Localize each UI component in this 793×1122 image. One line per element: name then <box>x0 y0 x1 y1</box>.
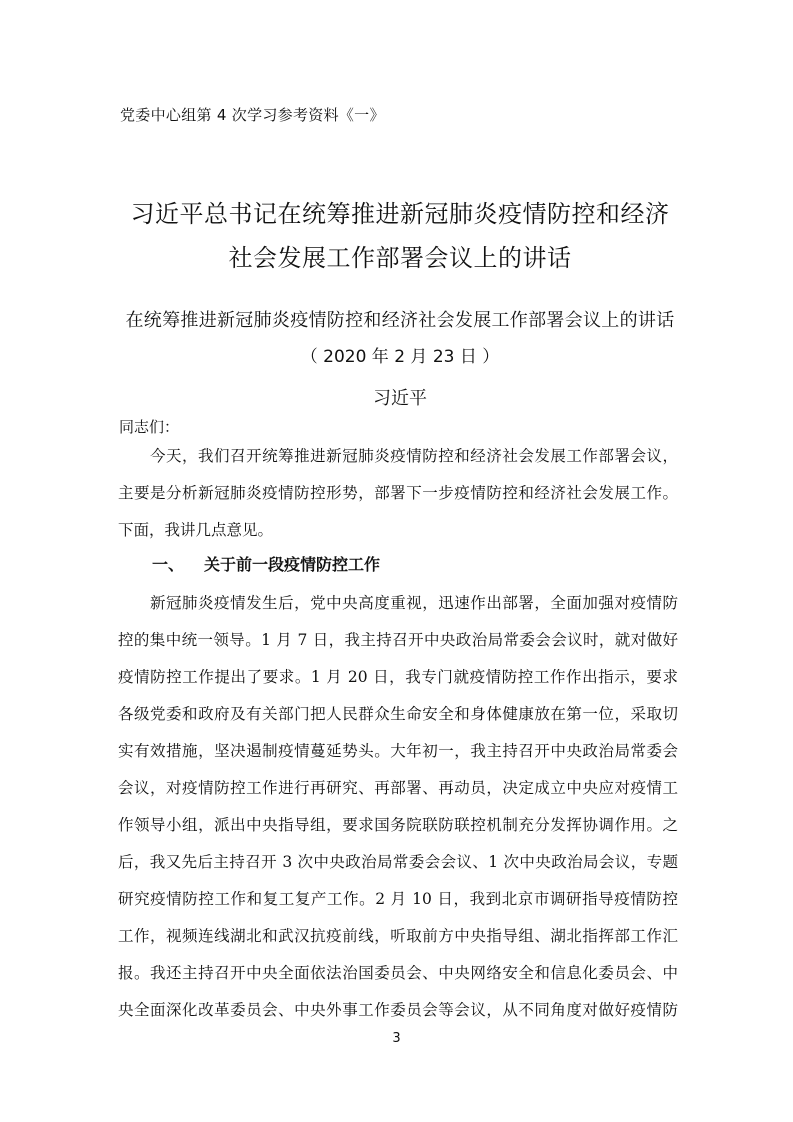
header-note: 党委中心组第 4 次学习参考资料《一》 <box>120 104 385 125</box>
intro-paragraph: 今天，我们召开统筹推进新冠肺炎疫情防控和经济社会发展工作部署会议， 主要是分析新… <box>118 438 678 549</box>
main-title-line-1: 习近平总书记在统筹推进新冠肺炎疫情防控和经济 <box>110 192 690 236</box>
paragraph-line: 下面，我讲几点意见。 <box>118 512 678 549</box>
salutation: 同志们： <box>119 416 179 437</box>
paragraph-line: 疫情防控工作提出了要求。1 月 20 日，我专门就疫情防控工作作出指示，要求 <box>118 659 678 696</box>
subtitle: 在统筹推进新冠肺炎疫情防控和经济社会发展工作部署会议上的讲话 <box>100 306 700 332</box>
paragraph-line: 主要是分析新冠肺炎疫情防控形势，部署下一步疫情防控和经济社会发展工作。 <box>118 475 678 512</box>
paragraph-line: 后，我又先后主持召开 3 次中央政治局常委会会议、1 次中央政治局会议，专题 <box>118 844 678 881</box>
paragraph-line: 新冠肺炎疫情发生后，党中央高度重视，迅速作出部署，全面加强对疫情防 <box>118 585 678 622</box>
paragraph-line: 会议，对疫情防控工作进行再研究、再部署、再动员，决定成立中央应对疫情工 <box>118 770 678 807</box>
document-page: 党委中心组第 4 次学习参考资料《一》 习近平总书记在统筹推进新冠肺炎疫情防控和… <box>0 0 793 1122</box>
paragraph-line: 报。我还主持召开中央全面依法治国委员会、中央网络安全和信息化委员会、中 <box>118 955 678 992</box>
main-title-line-2: 社会发展工作部署会议上的讲话 <box>110 236 690 280</box>
paragraph-line: 研究疫情防控工作和复工复产工作。2 月 10 日，我到北京市调研指导疫情防控 <box>118 881 678 918</box>
main-title: 习近平总书记在统筹推进新冠肺炎疫情防控和经济 社会发展工作部署会议上的讲话 <box>110 192 690 280</box>
section-1-paragraph: 新冠肺炎疫情发生后，党中央高度重视，迅速作出部署，全面加强对疫情防 控的集中统一… <box>118 585 678 1029</box>
page-number: 3 <box>0 1031 793 1046</box>
paragraph-line: 各级党委和政府及有关部门把人民群众生命安全和身体健康放在第一位，采取切 <box>118 696 678 733</box>
paragraph-line: 作领导小组，派出中央指导组，要求国务院联防联控机制充分发挥协调作用。之 <box>118 807 678 844</box>
section-number: 一、 <box>152 552 204 575</box>
paragraph-line: 工作，视频连线湖北和武汉抗疫前线，听取前方中央指导组、湖北指挥部工作汇 <box>118 918 678 955</box>
paragraph-line: 央全面深化改革委员会、中央外事工作委员会等会议，从不同角度对做好疫情防 <box>118 992 678 1029</box>
paragraph-line: 今天，我们召开统筹推进新冠肺炎疫情防控和经济社会发展工作部署会议， <box>118 438 678 475</box>
section-title: 关于前一段疫情防控工作 <box>204 555 380 574</box>
section-heading: 一、关于前一段疫情防控工作 <box>152 552 380 575</box>
paragraph-line: 控的集中统一领导。1 月 7 日，我主持召开中央政治局常委会会议时，就对做好 <box>118 622 678 659</box>
speech-date: （ 2020 年 2 月 23 日 ） <box>100 342 700 367</box>
author: 习近平 <box>100 384 700 410</box>
paragraph-line: 实有效措施，坚决遏制疫情蔓延势头。大年初一，我主持召开中央政治局常委会 <box>118 733 678 770</box>
